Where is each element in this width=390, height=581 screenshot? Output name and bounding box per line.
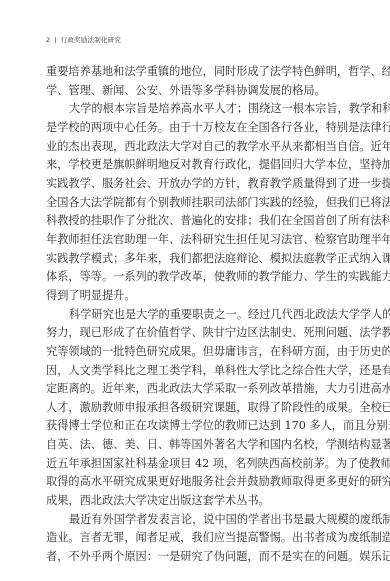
body-text: 重要培养基地和法学重镇的地位，同时形成了法学特色鲜明，哲学、经济学、管理、新闻、… xyxy=(46,63,344,567)
book-title: 行政奖励法制化研究 xyxy=(61,36,121,44)
text-line: 重要培养基地和法学重镇的地位，同时形成了法学特色鲜明，哲学、经济 xyxy=(46,63,344,82)
running-header: 2|行政奖励法制化研究 xyxy=(46,35,121,44)
header-separator: | xyxy=(54,36,56,44)
text-line: 人才，激励教师申报承担各级研究课题，取得了阶段性的成果。全校已经 xyxy=(46,399,344,418)
text-line: 学、管理、新闻、公安、外语等多学科协调发展的格局。 xyxy=(46,82,344,101)
text-line: 是学校的两项中心任务。由于十万校友在全国各行各业，特别是法律行 xyxy=(46,119,344,138)
text-line: 实践教学、服务社会、开放办学的方针，教育教学质量得到了进一步提高。 xyxy=(46,175,344,194)
paragraph-first-line: 大学的根本宗旨是培养高水平人才；围绕这一根本宗旨，教学和科研 xyxy=(46,100,344,119)
paragraph-first-line: 最近有外国学者发表言论，说中国的学者出书是最大规模的废纸制 xyxy=(46,511,344,530)
text-line: 因，人文类学科比之理工类学科，单科性大学比之综合性大学，还是有一 xyxy=(46,362,344,381)
text-line: 努力，现已形成了在价值哲学、陕甘宁边区法制史、死刑问题、法学教育研 xyxy=(46,324,344,343)
text-line: 年教师担任法官助理一年、法科研究生担任见习法官、检察官助理半年的 xyxy=(46,231,344,250)
paragraph-first-line: 科学研究也是大学的重要职责之一。经过几代西北政法大学学人的 xyxy=(46,306,344,325)
text-line: 业的杰出表现，西北政法大学对自己的教学水平从来都相当自信。近年 xyxy=(46,138,344,157)
text-line: 取得的高水平研究成果更好地服务社会并鼓励教师取得更多更好的研究 xyxy=(46,473,344,492)
text-line: 造业。言者无罪，闻者足戒，我们应当提高警惕。出书者成为废纸制造 xyxy=(46,529,344,548)
text-line: 成果，西北政法大学决定出版这套学术丛书。 xyxy=(46,492,344,511)
text-line: 来，学校更是旗帜鲜明地反对教育行政化，提倡回归大学本位，坚持加强 xyxy=(46,156,344,175)
text-line: 全国各大法学院都有个别教师挂职司法部门实践的经验，但我们已将法 xyxy=(46,194,344,213)
text-line: 自英、法、德、美、日、韩等国外著名大学和国内名校，学测结构显著改善。 xyxy=(46,436,344,455)
text-line: 近五年承担国家社科基金项目 42 项，名列陕西高校前茅。为了使教师已 xyxy=(46,455,344,474)
page-number: 2 xyxy=(46,36,50,44)
text-line: 者，不外乎两个原因：一是研究了伪问题，而不是实在的问题。娱乐记者 xyxy=(46,548,344,567)
text-line: 定距离的。近年来，西北政法大学采取一系列改革措施，大力引进高水平 xyxy=(46,380,344,399)
text-line: 得到了明显提升。 xyxy=(46,287,344,306)
text-line: 实践教学模式；多年来，我们都把法庭辩论、模拟法庭教学正式纳入课程 xyxy=(46,250,344,269)
text-line: 获得博士学位和正在攻读博士学位的教师已达到 170 多人，而且分别来 xyxy=(46,417,344,436)
text-line: 科教授的挂职作了分批次、普遍化的安排；我们在全国首创了所有法科青 xyxy=(46,212,344,231)
text-line: 究等领域的一批特色研究成果。但毋庸讳言，在科研方面，由于历史的原 xyxy=(46,343,344,362)
text-line: 体系，等等。一系列的教学改革，使教师的教学能力、学生的实践能力都 xyxy=(46,268,344,287)
